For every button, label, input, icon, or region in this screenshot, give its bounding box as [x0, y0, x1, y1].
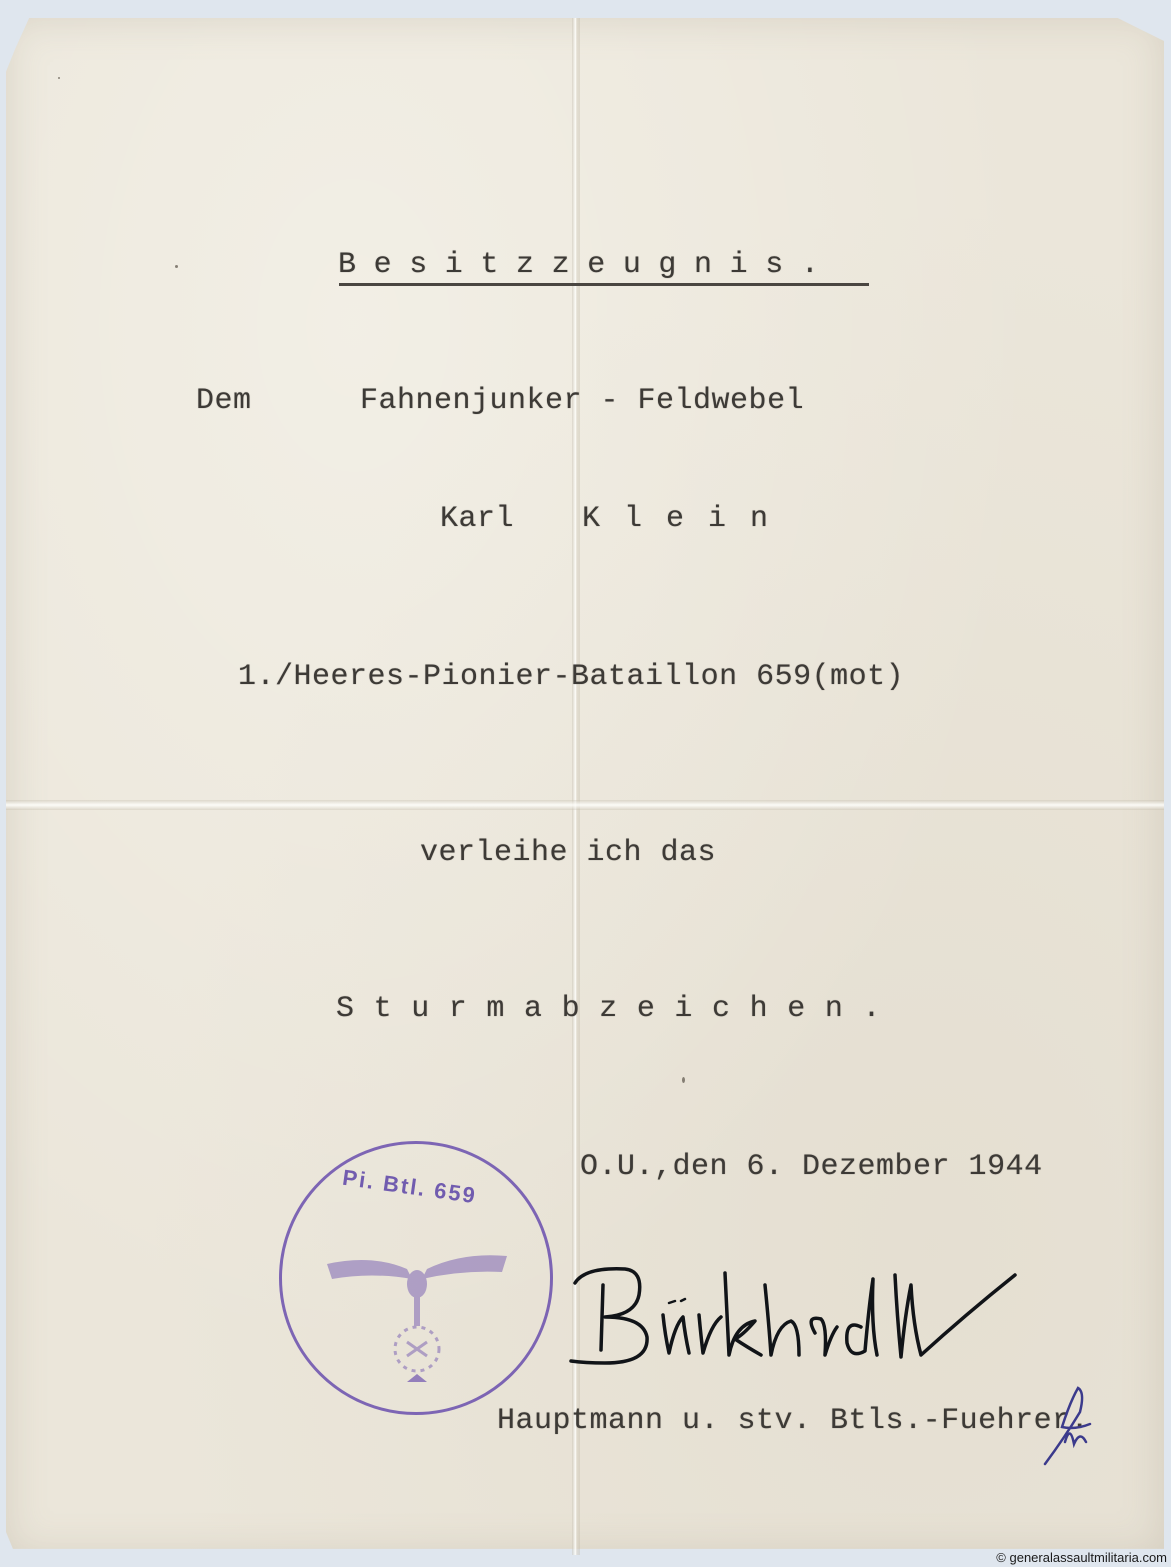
award-name: Sturmabzeichen. — [336, 992, 900, 1026]
paper-speck — [175, 265, 178, 268]
salutation: Dem — [196, 384, 252, 418]
unit-stamp: Pi. Btl. 659 — [279, 1141, 553, 1415]
horizontal-fold-crease — [6, 800, 1164, 810]
eagle-emblem-icon — [312, 1224, 522, 1384]
document-title: Besitzzeugnis. — [338, 248, 836, 282]
recipient-last-name: Klein — [582, 502, 792, 536]
stamp-text: Pi. Btl. 659 — [341, 1165, 479, 1210]
award-intro-text: verleihe ich das — [420, 836, 716, 870]
signatory-position: Hauptmann u. stv. Btls.-Fuehrer. — [497, 1404, 1089, 1438]
handwritten-initials — [1040, 1382, 1110, 1472]
paper-speck — [58, 77, 60, 79]
title-underline — [339, 283, 869, 286]
recipient-rank: Fahnenjunker - Feldwebel — [360, 384, 804, 418]
paper-speck — [682, 1077, 685, 1083]
place-and-date: O.U.,den 6. Dezember 1944 — [580, 1150, 1043, 1184]
handwritten-signature — [565, 1255, 1045, 1375]
copyright-watermark: © generalassaultmilitaria.com — [996, 1550, 1167, 1565]
recipient-unit: 1./Heeres-Pionier-Bataillon 659(mot) — [238, 660, 904, 694]
recipient-first-name: Karl — [440, 502, 514, 536]
